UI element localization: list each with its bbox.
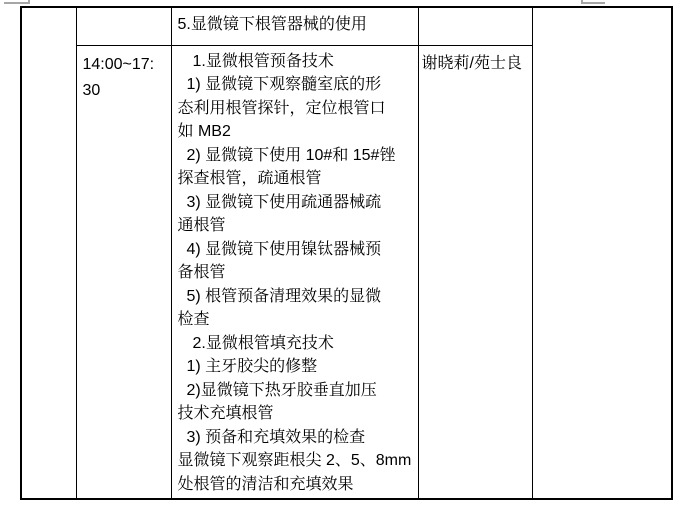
content-line: 通根管 bbox=[178, 214, 416, 238]
cell-session-title[interactable]: 5.显微镜下根管器械的使用 bbox=[171, 7, 418, 45]
cropped-border-artifact-top-right-tick bbox=[581, 0, 583, 4]
content-line: 处根管的清洁和充填效果 bbox=[178, 473, 416, 497]
content-line: 检查 bbox=[178, 308, 416, 332]
document-page: { "schedule_table": { "session_header": … bbox=[0, 0, 682, 508]
session-title-text: 5.显微镜下根管器械的使用 bbox=[172, 8, 418, 36]
content-line: 2.显微根管填充技术 bbox=[178, 332, 416, 356]
content-line: 显微镜下观察距根尖 2、5、8mm bbox=[178, 449, 416, 473]
cell-left-margin-column[interactable] bbox=[21, 7, 76, 499]
content-line: 1.显微根管预备技术 bbox=[178, 50, 416, 74]
content-line: 技术充填根管 bbox=[178, 402, 416, 426]
content-line: 5) 根管预备清理效果的显微 bbox=[178, 285, 416, 309]
cell-time-header-empty[interactable] bbox=[76, 7, 171, 45]
content-line: 2)显微镜下热牙胶垂直加压 bbox=[178, 379, 416, 403]
course-schedule-table: 5.显微镜下根管器械的使用 14:00~17: 30 1.显微根管预备技术1) … bbox=[20, 6, 673, 500]
content-line: 3) 预备和充填效果的检查 bbox=[178, 426, 416, 450]
cell-session-content[interactable]: 1.显微根管预备技术1) 显微镜下观察髓室底的形态利用根管探针，定位根管口如 M… bbox=[171, 45, 418, 499]
content-line: 备根管 bbox=[178, 261, 416, 285]
content-line: 1) 显微镜下观察髓室底的形 bbox=[178, 73, 416, 97]
cropped-border-artifact-top-left-tick bbox=[28, 0, 30, 4]
content-line: 4) 显微镜下使用镍钛器械预 bbox=[178, 238, 416, 262]
content-line: 3) 显微镜下使用疏通器械疏 bbox=[178, 191, 416, 215]
session-time-line-2: 30 bbox=[83, 78, 169, 104]
content-line: 1) 主牙胶尖的修整 bbox=[178, 355, 416, 379]
content-line: 态利用根管探针，定位根管口 bbox=[178, 97, 416, 121]
cell-instructor-header-empty[interactable] bbox=[418, 7, 532, 45]
content-line: 探查根管，疏通根管 bbox=[178, 167, 416, 191]
instructor-names: 谢晓莉/苑士良 bbox=[419, 46, 532, 75]
session-content-lines: 1.显微根管预备技术1) 显微镜下观察髓室底的形态利用根管探针，定位根管口如 M… bbox=[172, 46, 418, 497]
cell-right-notes-column[interactable] bbox=[532, 7, 672, 499]
content-line: 如 MB2 bbox=[178, 120, 416, 144]
cropped-border-artifact-top-left bbox=[4, 2, 30, 4]
table-row-session-header: 5.显微镜下根管器械的使用 bbox=[21, 7, 672, 45]
cell-session-time[interactable]: 14:00~17: 30 bbox=[76, 45, 171, 499]
cropped-border-artifact-top-right bbox=[581, 2, 605, 4]
cell-session-instructor[interactable]: 谢晓莉/苑士良 bbox=[418, 45, 532, 499]
content-line: 2) 显微镜下使用 10#和 15#锉 bbox=[178, 144, 416, 168]
session-time-line-1: 14:00~17: bbox=[83, 52, 169, 78]
